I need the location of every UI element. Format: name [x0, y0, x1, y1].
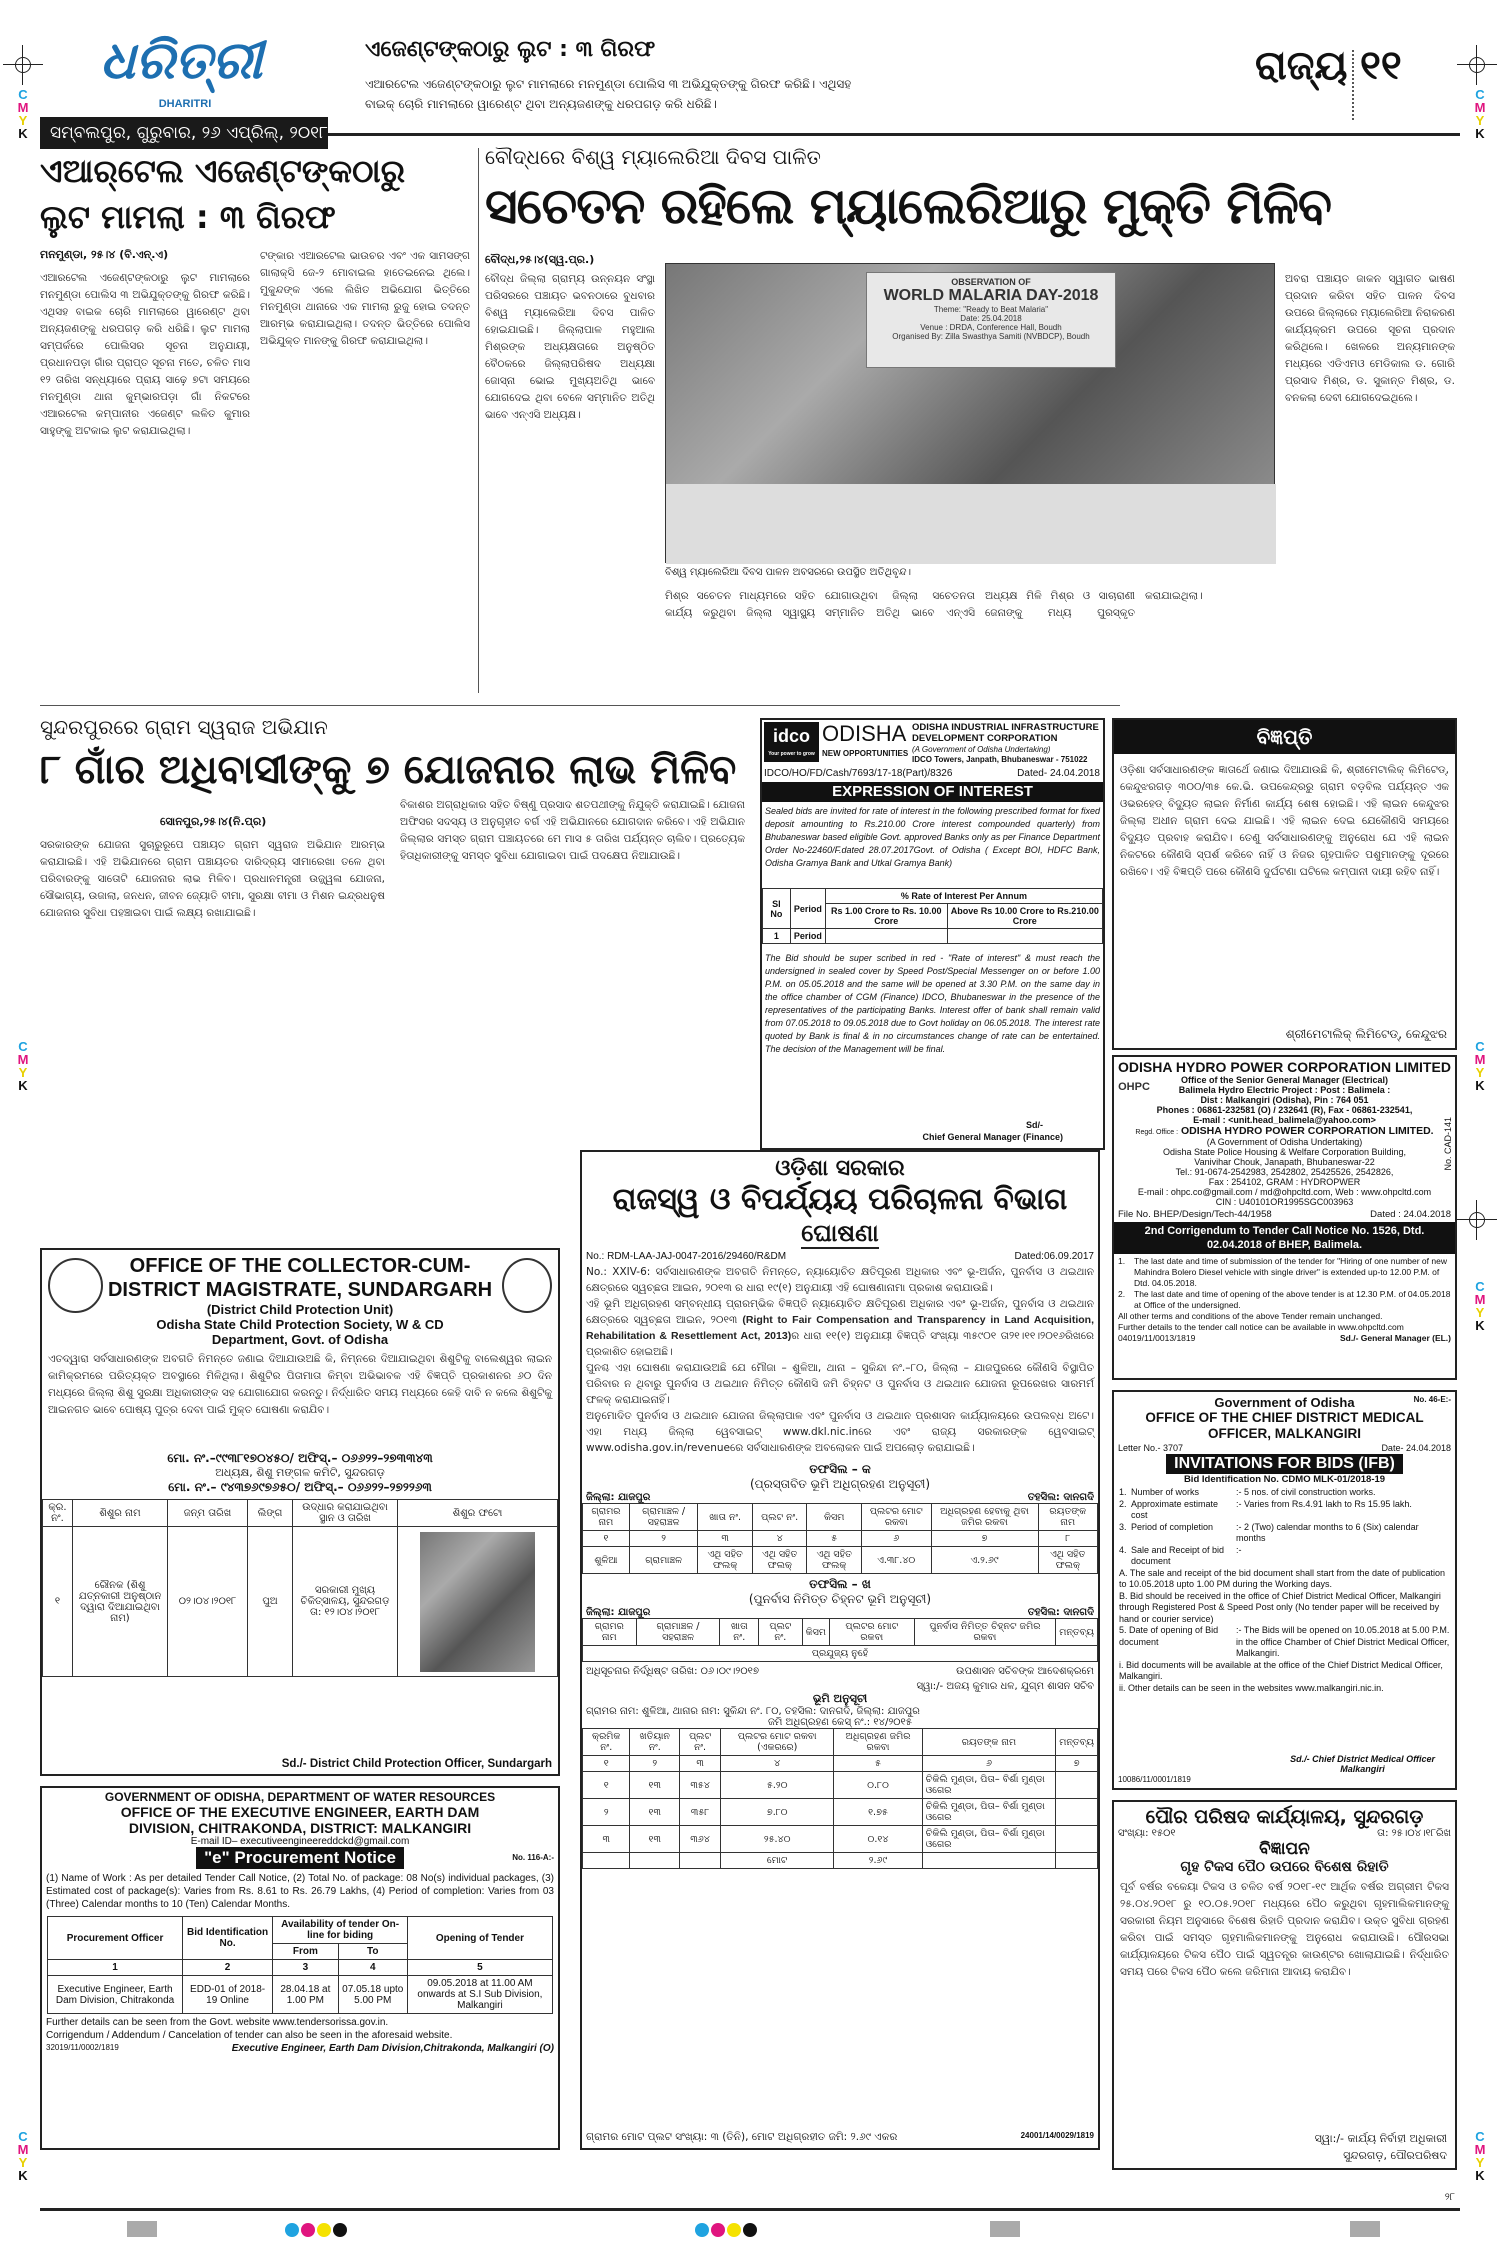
color-swatches-left — [285, 2223, 347, 2237]
logo: ଧରିତ୍ରୀ — [100, 30, 260, 100]
kicker: ସୁନ୍ଦରପୁରରେ ଗ୍ରାମ ସ୍ୱରାଜ ଅଭିଯାନ — [40, 712, 750, 742]
swatch-yellow — [317, 2223, 331, 2237]
eoi-sign-2: Chief General Manager (Finance) — [922, 1132, 1063, 1142]
ohpc-regd: Regd. Office : ODISHA HYDRO POWER CORPOR… — [1114, 1125, 1455, 1137]
ohpc-regd-email: E-mail : ohpc.co@gmail.com / md@ohpcltd.… — [1114, 1187, 1455, 1197]
headline-line-1: ଏଆର୍‌ଟେଲ ଏଜେଣ୍ଟଙ୍କଠାରୁ — [40, 148, 470, 194]
schedule-a-table: ଗ୍ରାମର ନାମଗ୍ରାମାଞ୍ଚଳ / ସହରାଞ୍ଚଳଖାତା ନଂ.ପ… — [582, 1503, 1098, 1574]
cell-rate-2 — [947, 929, 1102, 944]
teaser-line-2: ବାଇକ୍ ଚୋରି ମାମଲାରେ ୱାରେଣ୍ଟ ଥିବା ଅନ୍ୟଜଣଙ୍… — [365, 97, 717, 112]
collector-title-2: DISTRICT MAGISTRATE, SUNDARGARH — [42, 1278, 558, 1302]
collector-society: Odisha State Child Protection Society, W… — [42, 1317, 558, 1332]
kicker: ବୌଦ୍ଧରେ ବିଶ୍ୱ ମ୍ୟାଲେରିଆ ଦିବସ ପାଳିତ — [485, 143, 1460, 171]
cell-rate-1 — [825, 929, 947, 944]
schedule-a-subtitle: (ପ୍ରସ୍ତାବିତ ଭୂମି ଅଧିଗ୍ରହଣ ଅନୁସୂଚୀ) — [582, 1477, 1098, 1492]
story-gram-swaraj: ସୁନ୍ଦରପୁରରେ ଗ୍ରାମ ସ୍ୱରାଜ ଅଭିଯାନ ୮ ଗାଁର ଅ… — [40, 712, 750, 1217]
govt-title: ଘୋଷଣା — [801, 1219, 878, 1249]
grey-patch-3 — [1350, 2221, 1380, 2237]
ohpc-cin: CIN : U40101OR1995SGC003963 — [1114, 1197, 1455, 1207]
ifb-item: 2.Approximate estimate cost:- Varies fro… — [1119, 1499, 1450, 1522]
ohpc-file-no: File No. BHEP/Design/Tech-44/1958 — [1118, 1209, 1272, 1220]
cmyk-marker-mid-right: CMYK — [1474, 1040, 1486, 1092]
water-code: 32019/11/0002/1819 — [46, 2043, 119, 2054]
eoi-body: The Bid should be super scribed in red -… — [765, 952, 1100, 1056]
notice-signature: ଶ୍ରୀମେଟାଲିକ୍ ଲିମିଟେଡ୍, କେନ୍ଦୁଝର — [1286, 1027, 1447, 1042]
ohpc-phones: Phones : 06861-232581 (O) / 232641 (R), … — [1114, 1105, 1455, 1115]
govt-para-4: ଅନୁମୋଦିତ ପୁନର୍ବାସ ଓ ଥଇଥାନ ଯୋଜନା ଜିଲ୍ଲାପା… — [586, 1408, 1094, 1456]
grey-patch-1 — [127, 2221, 157, 2237]
municipal-tax-ad: ପୌର ପରିଷଦ କାର୍ଯ୍ୟାଳୟ, ସୁନ୍ଦରଗଡ଼ ସଂଖ୍ୟା: … — [1112, 1800, 1457, 2170]
govt-footer: ଗ୍ରାମର ମୋଟ ପ୍ଲଟ ସଂଖ୍ୟା: ୩ (ତିନି), ମୋଟ ଅଧ… — [586, 2131, 897, 2144]
procurement-table: Procurement OfficerBid Identification No… — [47, 1916, 553, 2014]
cmyk-marker-top-left: CMYK — [17, 88, 29, 140]
masthead: ଧରିତ୍ରୀ DHARITRI ସମ୍ବଲପୁର, ଗୁରୁବାର, ୨୬ ଏ… — [40, 25, 1460, 143]
story-airtel-loot: ଏଆର୍‌ଟେଲ ଏଜେଣ୍ଟଙ୍କଠାରୁ ଲୁଟ ମାମଲା : ୩ ଗିର… — [40, 148, 470, 693]
ohpc-regd-tel: Tel.: 91-0674-2542983, 2542802, 25425526… — [1114, 1167, 1455, 1177]
govt-para-1: No.: XXIV-6: ସର୍ବସାଧାରଣଙ୍କ ଅବଗତି ନିମନ୍ତେ… — [586, 1264, 1094, 1296]
govt-sign-title: ଉପଶାସନ ସଚିବଙ୍କ ଆଦେଶକ୍ରମେ — [956, 1666, 1094, 1677]
govt-para-3: ପୁନଶ୍ଚ ଏହା ଘୋଷଣା କରାଯାଉଅଛି ଯେ ମୌଜା – ଶୁଳ… — [586, 1360, 1094, 1408]
dateline: ମନମୁଣ୍ଡା, ୨୫।୪ (ବି.ଏନ୍.ଏ) — [40, 248, 250, 262]
municipal-title: ପୌର ପରିଷଦ କାର୍ଯ୍ୟାଳୟ, ସୁନ୍ଦରଗଡ଼ — [1114, 1802, 1455, 1828]
conference-table — [666, 484, 1276, 564]
org-sub: (A Government of Odisha Undertaking) — [912, 745, 1050, 754]
cdmo-letter: Letter No.- 3707 — [1118, 1443, 1183, 1453]
teaser-title: ଏଜେଣ୍ଟଙ୍କଠାରୁ ଲୁଟ : ୩ ଗିରଫ — [365, 37, 655, 62]
govt-dept: ରାଜସ୍ୱ ଓ ବିପର୍ଯ୍ୟୟ ପରିଚାଳନା ବିଭାଗ — [582, 1181, 1098, 1219]
cmyk-marker-mid-left: CMYK — [17, 1040, 29, 1092]
collector-contact-1: ମୋ. ନଂ.–୯୯୩୮୧୭୦୪୫୦/ ଅଫିସ୍.– ୦୬୬୨୨–୨୭୩୩୪୩ — [42, 1451, 558, 1466]
municipal-no: ସଂଖ୍ୟା: ୧୫୦୧ — [1118, 1828, 1176, 1839]
story-malaria-day: ବୌଦ୍ଧରେ ବିଶ୍ୱ ମ୍ୟାଲେରିଆ ଦିବସ ପାଳିତ ସଚେତନ… — [485, 143, 1460, 698]
footer-rule — [40, 2208, 1460, 2211]
story1-column-1: ମନମୁଣ୍ଡା, ୨୫।୪ (ବି.ଏନ୍.ଏ) ଏଆରଟେଲ ଏଜେଣ୍ଟଙ… — [40, 248, 250, 690]
ohpc-corrigendum-ad: ODISHA HYDRO POWER CORPORATION LIMITED O… — [1112, 1055, 1457, 1380]
section-name: ରାଜ୍ୟ — [1255, 43, 1347, 89]
eoi-title-bar: EXPRESSION OF INTEREST — [762, 782, 1103, 802]
ref-date: Dated- 24.04.2018 — [1017, 768, 1100, 779]
ohpc-item-2: The last date and time of opening of the… — [1134, 1289, 1451, 1311]
notice-body: ଓଡ଼ିଶା ସର୍ବସାଧାରଣଙ୍କ ଜ୍ଞାତାର୍ଥେ ଜଣାଇ ଦିଆ… — [1114, 754, 1455, 1014]
water-title-1: GOVERNMENT OF ODISHA, DEPARTMENT OF WATE… — [42, 1788, 558, 1804]
org-name: ODISHA INDUSTRIAL INFRASTRUCTURE DEVELOP… — [912, 722, 1102, 744]
water-further: Further details can be seen from the Gov… — [42, 2016, 558, 2029]
table-row: ୧ରୌନକ (ଶିଶୁ ଯତ୍ନକାରୀ ଅନୁଷ୍ଠାନ ଦ୍ୱାରା ଦିଆ… — [43, 1527, 558, 1677]
story2-body-right: ଅବରା ପଞ୍ଚାୟତ ଜାକନ ସ୍ୱାଗତ ଭାଷଣ ପ୍ରଦାନ କରି… — [1285, 271, 1455, 571]
ohpc-date: Dated : 24.04.2018 — [1370, 1209, 1451, 1220]
schedule-b-title: ତଫସିଲ – ଖ — [582, 1577, 1098, 1592]
govt-date-line: ଅଧିସୂଚନାର ନିର୍ଦ୍ଧିଷ୍ଟ ତାରିଖ: ୦୬।୦୯।୨୦୧୭ — [586, 1666, 759, 1677]
ohpc-email: E-mail : <unit.head_balimela@yahoo.com> — [1114, 1115, 1455, 1125]
org-address: IDCO Towers, Janpath, Bhubaneswar - 7510… — [912, 755, 1087, 764]
eoi-sign-1: Sd/- — [1026, 1120, 1043, 1130]
story1-body-1: ଏଆରଟେଲ ଏଜେଣ୍ଟଙ୍କଠାରୁ ଲୁଟ ମାମଲାରେ ମନମୁଣ୍ଡ… — [40, 270, 250, 690]
ohpc-item-1: The last date and time of submission of … — [1134, 1256, 1451, 1289]
collector-title-1: OFFICE OF THE COLLECTOR-CUM- — [42, 1250, 558, 1278]
cdmo-title: OFFICE OF THE CHIEF DISTRICT MEDICAL OFF… — [1114, 1410, 1455, 1442]
ohpc-terms: All other terms and conditions of the ab… — [1118, 1311, 1451, 1322]
th-band-2: Above Rs 10.00 Crore to Rs.210.00 Crore — [947, 904, 1102, 929]
idco-logo: idcoYour power to grow — [764, 722, 819, 762]
schedule-b-subtitle: (ପୁନର୍ବାସ ନିମିତ୍ତ ଚିହ୍ନଟ ଭୂମି ଅନୁସୂଚୀ) — [582, 1592, 1098, 1607]
registration-mark-top-left — [3, 45, 43, 85]
ifb-item: 4.Sale and Receipt of bid document:- — [1119, 1545, 1450, 1568]
water-email: E-mail ID– executiveengineereddckd@gmail… — [42, 1836, 558, 1847]
collector-sign: Sd./- District Child Protection Officer,… — [282, 1758, 552, 1770]
malaria-event-photo: OBSERVATION OF WORLD MALARIA DAY-2018 Th… — [665, 263, 1275, 563]
section-divider — [1352, 50, 1354, 120]
ifb-item: 3.Period of completion:- 2 (Two) calenda… — [1119, 1522, 1450, 1545]
photo-caption: ବିଶ୍ୱ ମ୍ୟାଲେରିଆ ଦିବସ ପାଳନ ଅବସରରେ ଉପସ୍ଥିତ… — [665, 567, 911, 578]
ohpc-regd-sub: (A Government of Odisha Undertaking) — [1114, 1137, 1455, 1147]
water-sign: Executive Engineer, Earth Dam Division,C… — [232, 2043, 554, 2054]
idco-eoi-ad: idcoYour power to grow ODISHANEW OPPORTU… — [760, 718, 1105, 1150]
ohpc-title: ODISHA HYDRO POWER CORPORATION LIMITED — [1114, 1057, 1455, 1075]
govt-dated: Dated:06.09.2017 — [1014, 1251, 1094, 1262]
odisha-logo: ODISHANEW OPPORTUNITIES — [822, 720, 910, 760]
municipal-sign-2: ସୁନ୍ଦରଗଡ଼, ପୌରପରିଷଦ — [1343, 2149, 1447, 2163]
annex-case: ଜମି ଅଧିଗ୍ରହଣ କେସ୍ ନଂ.: ୧୪/୨୦୧୫ — [582, 1717, 1098, 1728]
headline: ସଚେତନ ରହିଲେ ମ୍ୟାଲେରିଆରୁ ମୁକ୍ତି ମିଳିବ — [485, 171, 1460, 241]
teaser-line-1: ଏଆରଟେଲ ଏଜେଣ୍ଟଙ୍କଠାରୁ ଲୁଟ ମାମଲାରେ ମନମୁଣ୍ଡ… — [365, 77, 851, 92]
ohpc-project: Balimela Hydro Electric Project : Post :… — [1114, 1085, 1455, 1095]
story2-body-left: ବୌଦ୍ଧ ଜିଲ୍ଲା ଗ୍ରାମ୍ୟ ଉନ୍ନୟନ ସଂସ୍ଥା ପରିସର… — [485, 271, 655, 571]
page-number: ୧୧ — [1360, 43, 1402, 89]
child-photo — [420, 1532, 535, 1672]
table-row: ୨୧୩୩୫୮୭.୮୦୧.୭୫ଚିକିଲି ମୁଣ୍ଡା, ପିତା– ବିର୍ଶ… — [583, 1799, 1098, 1826]
govt-para-2: ଏହି ଭୂମି ଅଧିଗ୍ରହଣ ସମ୍ବନ୍ଧୀୟ ପ୍ରାରମ୍ଭିକ ବ… — [586, 1296, 1094, 1360]
schedule-a-title: ତଫସିଲ – କ — [582, 1462, 1098, 1477]
swatch-black — [743, 2223, 757, 2237]
bigyapti-notice: ବିଜ୍ଞପ୍ତି ଓଡ଼ିଶା ସର୍ବସାଧାରଣଙ୍କ ଜ୍ଞାତାର୍ଥ… — [1112, 718, 1457, 1050]
annex-title: ଭୂମି ଅନୁସୂଚୀ — [582, 1692, 1098, 1706]
ohpc-regd-bldg: Odisha State Police Housing & Welfare Co… — [1114, 1147, 1455, 1157]
headline-line-2: ଲୁଟ ମାମଲା : ୩ ଗିରଫ — [40, 194, 470, 240]
dateline-bar: ସମ୍ବଲପୁର, ଗୁରୁବାର, ୨୬ ଏପ୍ରିଲ୍, ୨୦୧୮ — [40, 117, 328, 149]
cmyk-marker-bottom-right2: CMYK — [1474, 2130, 1486, 2182]
grey-patch-2 — [990, 2221, 1020, 2237]
ohpc-regd-fax: Fax : 254102, GRAM : HYDROPWER — [1114, 1177, 1455, 1187]
municipal-subtitle: ବିଜ୍ଞାପନ — [1114, 1839, 1455, 1859]
collector-unit: (District Child Protection Unit) — [42, 1302, 558, 1317]
schedule-b-table: ଗ୍ରାମର ନାମଗ୍ରାମାଞ୍ଚଳ / ସହରାଞ୍ଚଳଖାତା ନଂ.ପ… — [582, 1618, 1098, 1662]
collector-dept: Department, Govt. of Odisha — [42, 1332, 558, 1347]
ohpc-further: Further details to the tender call notic… — [1118, 1322, 1451, 1333]
column-rule-1 — [478, 148, 479, 693]
annex-subtitle: ଗ୍ରାମର ନାମ: ଶୁଳିଆ, ଥାନାର ନାମ: ସୁକିନ୍ଦା ନ… — [582, 1706, 1098, 1717]
govt-no: No.: RDM-LAA-JAJ-0047-2016/29460/R&DM — [586, 1251, 786, 1262]
municipal-date: ତା: ୨୫।୦୪।୧୮ରିଖ — [1377, 1828, 1451, 1839]
water-body: (1) Name of Work : As per detailed Tende… — [42, 1869, 558, 1914]
swatch-magenta — [301, 2223, 315, 2237]
th-rate: % Rate of Interest Per Annum — [825, 889, 1102, 904]
municipal-body: ପୂର୍ବ ବର୍ଷର ବକେୟା ଟିକସ ଓ ଚଳିତ ବର୍ଷ ୨୦୧୮-… — [1114, 1875, 1455, 2085]
ifb-item-a: A. The sale and receipt of the bid docum… — [1119, 1568, 1450, 1591]
headline: ୮ ଗାଁର ଅଧିବାସୀଙ୍କୁ ୭ ଯୋଜନାର ଲାଭ ମିଳିବ — [40, 742, 750, 798]
cmyk-marker-top-right: CMYK — [1474, 88, 1486, 140]
collector-contact-2: ମୋ. ନଂ.– ୯୪୩୭୬୯୭୬୫୦/ ଅଫିସ୍.– ୦୬୬୨୨–୨୭୨୨୬… — [42, 1480, 558, 1495]
swatch-cyan — [695, 2223, 709, 2237]
collector-child-protection-ad: OFFICE OF THE COLLECTOR-CUM- DISTRICT MA… — [40, 1248, 560, 1776]
collector-body: ଏତଦ୍ୱାରା ସର୍ବସାଧାରଣଙ୍କ ଅବଗତି ନିମନ୍ତେ ଜଣା… — [42, 1347, 558, 1451]
cmyk-marker-bottom-left: CMYK — [17, 2130, 29, 2182]
story3-dateline: ସୋନପୁର,୨୫।୪(ନି.ପ୍ର) — [160, 815, 266, 829]
collector-contact-2-label: ଅଧ୍ୟକ୍ଷ, ଶିଶୁ ମଙ୍ଗଳ କମିଟି, ସୁନ୍ଦରଗଡ଼ — [42, 1466, 558, 1480]
ifb-item: 1.Number of works:- 5 nos. of civil cons… — [1119, 1487, 1450, 1499]
cell-slno: 1 — [763, 929, 791, 944]
folio: ୨୮ — [1445, 2192, 1455, 2203]
ohpc-sign: Sd./- General Manager (EL.) — [1340, 1333, 1451, 1344]
ohpc-side-number: No. CAD-141 — [1443, 1117, 1453, 1171]
story2-dateline: ବୌଦ୍ଧ,୨୫।୪(ସ୍ୱ.ପ୍ର.) — [485, 253, 594, 267]
table-row: ୧୧୩୩୫୪୫.୨୦୦.୮୦ଚିକିଲି ମୁଣ୍ଡା, ପିତା– ବିର୍ଶ… — [583, 1772, 1098, 1799]
logo-subtitle: DHARITRI — [135, 98, 235, 110]
story3-body-left: ସରକାରଙ୍କ ଯୋଜନା ସୁଚାରୁରୂପେ ପଞ୍ଚାୟତ ଗ୍ରାମ … — [40, 837, 385, 1212]
cell-period: Period — [790, 929, 825, 944]
registration-mark-top-right — [1457, 45, 1497, 85]
story1-body-2: ଟଙ୍କାର ଏଆରଟେଲ ଭାଉଚର ଏବଂ ଏକ ସାମସଙ୍ଗ ଗାଲାକ… — [260, 248, 470, 693]
swatch-cyan — [285, 2223, 299, 2237]
water-title-3: DIVISION, CHITRAKONDA, DISTRICT: MALKANG… — [42, 1820, 558, 1836]
cmyk-marker-bottom-right: CMYK — [1474, 1280, 1486, 1332]
cdmo-sign: Sd./- Chief District Medical OfficerMalk… — [1290, 1754, 1435, 1774]
color-swatches-right — [695, 2223, 757, 2237]
ifb-item-ii: ii. Other details can be seen in the web… — [1119, 1683, 1450, 1695]
cdmo-no: No. 46-E:- — [1414, 1395, 1451, 1404]
bid-identification: Bid Identification No. CDMO MLK-01/2018-… — [1114, 1474, 1455, 1485]
ohpc-dist: Dist : Malkangiri (Odisha), Pin : 764 05… — [1114, 1095, 1455, 1105]
story2-body-bottom: ମିଶ୍ର ସଚେତନ ମାଧ୍ୟମରେ ସହିତ କାର୍ଯ୍ୟ କରୁଥିବ… — [665, 588, 1455, 693]
cdmo-gov: Government of Odisha — [1114, 1392, 1455, 1410]
eoi-intro: Sealed bids are invited for rate of inte… — [765, 805, 1100, 870]
cdmo-code: 10086/11/0001/1819 — [1118, 1775, 1191, 1784]
swatch-yellow — [727, 2223, 741, 2237]
swatch-black — [333, 2223, 347, 2237]
ifb-item-i: i. Bid documents will be available at th… — [1119, 1660, 1450, 1683]
interest-rate-table: Sl NoPeriod% Rate of Interest Per Annum … — [762, 888, 1103, 944]
story1-column-2: ଟଙ୍କାର ଏଆରଟେଲ ଭାଉଚର ଏବଂ ଏକ ସାମସଙ୍ଗ ଗାଲାକ… — [260, 248, 470, 693]
ohpc-office: Office of the Senior General Manager (El… — [1114, 1075, 1455, 1085]
ohpc-regd-addr: Vanivihar Chouk, Janapath, Bhubaneswar-2… — [1114, 1157, 1455, 1167]
ifb-banner: INVITATIONS FOR BIDS (IFB) — [1166, 1454, 1403, 1474]
ifb-item-5: 5. Date of opening of Bid document:- The… — [1119, 1625, 1450, 1660]
land-schedule-table: କ୍ରମିକ ନଂ.ଖତିୟାନ ନଂ.ପ୍ଲଟ ନଂ.ପ୍ଲଟର ମୋଟ ରକ… — [582, 1728, 1098, 1869]
eprocurement-banner: "e" Procurement Notice — [196, 1847, 404, 1869]
cdmo-date: Date- 24.04.2018 — [1381, 1443, 1451, 1453]
cdmo-ifb-ad: No. 46-E:- Government of Odisha OFFICE O… — [1112, 1390, 1457, 1790]
municipal-sign: ସ୍ୱା:/- କାର୍ଯ୍ୟ ନିର୍ବାହୀ ଅଧିକାରୀ — [1315, 2132, 1447, 2146]
notice-title: ବିଜ୍ଞପ୍ତି — [1114, 720, 1455, 754]
missing-child-table: କ୍ର. ନଂ.ଶିଶୁର ନାମଜନ୍ମ ତାରିଖଲିଙ୍ଗଉଦ୍ଧାର କ… — [42, 1499, 558, 1677]
swatch-magenta — [711, 2223, 725, 2237]
water-title-2: OFFICE OF THE EXECUTIVE ENGINEER, EARTH … — [42, 1804, 558, 1820]
child-protection-logo — [48, 1258, 103, 1313]
registration-mark-mid-right — [1457, 1200, 1497, 1240]
table-total-row: ମୋଟ୨.୬୯ — [583, 1853, 1098, 1869]
table-row: ୩୧୩୩୬୪୨୫.୪୦୦.୧୪ଚିକିଲି ମୁଣ୍ଡା, ପିତା– ବିର୍… — [583, 1826, 1098, 1853]
water-corrigendum: Corrigendum / Addendum / Cancelation of … — [42, 2029, 558, 2042]
ohpc-banner: 2nd Corrigendum to Tender Call Notice No… — [1114, 1222, 1455, 1254]
water-no: No. 116-A:- — [512, 1853, 554, 1862]
th-band-1: Rs 1.00 Crore to Rs. 10.00 Crore — [825, 904, 947, 929]
govt-code: 24001/14/0029/1819 — [1021, 2131, 1094, 2144]
municipal-headline: ଗୃହ ଟିକସ ପୈଠ ଉପରେ ବିଶେଷ ରିହାତି — [1114, 1859, 1455, 1875]
ifb-item-b: B. Bid should be received in the office … — [1119, 1591, 1450, 1626]
govt-sign-name: ସ୍ୱା:/- ଅଜୟ କୁମାର ଧଳ, ଯୁଗ୍ମ ଶାସନ ସଚିବ — [582, 1681, 1098, 1692]
th-slno: Sl No — [763, 889, 791, 929]
revenue-dept-declaration-ad: ଓଡ଼ିଶା ସରକାର ରାଜସ୍ୱ ଓ ବିପର୍ଯ୍ୟୟ ପରିଚାଳନା… — [580, 1150, 1100, 2150]
masthead-rule — [328, 133, 1460, 136]
section-rule-1 — [40, 705, 1120, 706]
odisha-emblem — [502, 1258, 552, 1313]
th-period: Period — [790, 889, 825, 929]
photo-banner: OBSERVATION OF WORLD MALARIA DAY-2018 Th… — [866, 272, 1116, 368]
water-resources-procurement-ad: GOVERNMENT OF ODISHA, DEPARTMENT OF WATE… — [40, 1786, 560, 2150]
ohpc-code: 04019/11/0013/1819 — [1118, 1333, 1195, 1344]
ohpc-logo: OHPC — [1118, 1081, 1150, 1093]
ref-number: IDCO/HO/FD/Cash/7693/17-18(Part)/8326 — [764, 768, 952, 779]
table-row: Executive Engineer, Earth Dam Division, … — [48, 1976, 553, 2014]
govt-top: ଓଡ଼ିଶା ସରକାର — [582, 1152, 1098, 1181]
